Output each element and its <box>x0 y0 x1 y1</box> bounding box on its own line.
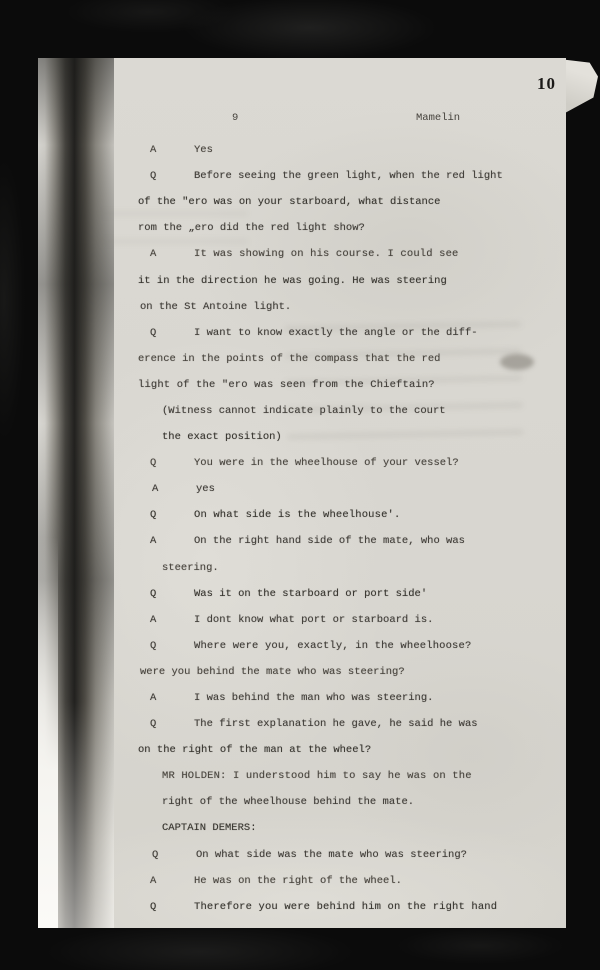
line-text: MR HOLDEN: I understood him to say he wa… <box>162 770 472 782</box>
qa-prefix: A <box>150 248 194 260</box>
qa-prefix: A <box>150 692 194 704</box>
transcript-line: CAPTAIN DEMERS: <box>38 815 566 841</box>
transcript-line: QBefore seeing the green light, when the… <box>38 163 566 189</box>
transcript-line: MR HOLDEN: I understood him to say he wa… <box>38 763 566 789</box>
page-header: 9 Mamelin <box>38 112 566 128</box>
qa-prefix: A <box>150 535 194 547</box>
line-text: were you behind the mate who was steerin… <box>140 666 405 678</box>
qa-prefix: Q <box>150 640 194 652</box>
transcript-line: QThe first explanation he gave, he said … <box>38 711 566 737</box>
line-text: CAPTAIN DEMERS: <box>162 822 257 834</box>
film-background: { "document": { "folio_number": "10", "h… <box>0 0 600 970</box>
qa-text: yes <box>196 483 215 495</box>
transcript-line: QYou were in the wheelhouse of your vess… <box>38 450 566 476</box>
line-text: on the right of the man at the wheel? <box>138 744 371 756</box>
transcript-line: the exact position) <box>38 424 566 450</box>
qa-text: I dont know what port or starboard is. <box>194 614 433 626</box>
qa-prefix: Q <box>152 849 196 861</box>
transcript-line: AI was behind the man who was steering. <box>38 685 566 711</box>
qa-text: You were in the wheelhouse of your vesse… <box>194 457 459 469</box>
qa-text: On what side was the mate who was steeri… <box>196 849 467 861</box>
line-text: it in the direction he was going. He was… <box>138 275 447 287</box>
transcript-line: AYes <box>38 137 566 163</box>
qa-text: Therefore you were behind him on the rig… <box>194 901 497 913</box>
transcript-line: QI want to know exactly the angle or the… <box>38 320 566 346</box>
transcript-line: right of the wheelhouse behind the mate. <box>38 789 566 815</box>
qa-prefix: Q <box>150 718 194 730</box>
line-text: steering. <box>162 562 219 574</box>
transcript-line: on the right of the man at the wheel? <box>38 737 566 763</box>
transcript-line: light of the "ero was seen from the Chie… <box>38 372 566 398</box>
line-text: (Witness cannot indicate plainly to the … <box>162 405 446 417</box>
qa-text: I want to know exactly the angle or the … <box>194 327 478 339</box>
qa-prefix: A <box>150 875 194 887</box>
document-page: 10 9 Mamelin AYesQBefore seeing the gree… <box>38 58 566 928</box>
line-text: of the "ero was on your starboard, what … <box>138 196 440 208</box>
qa-text: He was on the right of the wheel. <box>194 875 402 887</box>
transcript-line: Ayes <box>40 476 568 502</box>
transcript-line: QOn what side was the mate who was steer… <box>40 842 568 868</box>
qa-text: Before seeing the green light, when the … <box>194 170 503 182</box>
qa-prefix: Q <box>150 327 194 339</box>
transcript-line: (Witness cannot indicate plainly to the … <box>38 398 566 424</box>
transcript-line: erence in the points of the compass that… <box>38 346 566 372</box>
qa-prefix: A <box>150 614 194 626</box>
transcript-line: were you behind the mate who was steerin… <box>40 659 568 685</box>
transcript-line: rom the „ero did the red light show? <box>38 215 566 241</box>
header-witness-name: Mamelin <box>416 112 460 124</box>
qa-text: Yes <box>194 144 213 156</box>
transcript-line: QOn what side is the wheelhouse'. <box>38 502 566 528</box>
transcript-line: AOn the right hand side of the mate, who… <box>38 528 566 554</box>
qa-text: On the right hand side of the mate, who … <box>194 535 465 547</box>
qa-prefix: Q <box>150 588 194 600</box>
qa-text: I was behind the man who was steering. <box>194 692 433 704</box>
line-text: right of the wheelhouse behind the mate. <box>162 796 414 808</box>
qa-text: It was showing on his course. I could se… <box>194 248 459 260</box>
transcript-line: QWas it on the starboard or port side' <box>38 581 566 607</box>
transcript-line: AHe was on the right of the wheel. <box>38 868 566 894</box>
transcript: AYesQBefore seeing the green light, when… <box>38 137 566 920</box>
qa-text: Was it on the starboard or port side' <box>194 588 427 600</box>
line-text: the exact position) <box>162 431 282 443</box>
qa-prefix: Q <box>150 457 194 469</box>
qa-prefix: A <box>150 144 194 156</box>
qa-text: On what side is the wheelhouse'. <box>194 509 400 521</box>
qa-prefix: A <box>152 483 196 495</box>
transcript-line: AI dont know what port or starboard is. <box>38 607 566 633</box>
qa-prefix: Q <box>150 509 194 521</box>
line-text: light of the "ero was seen from the Chie… <box>138 379 435 391</box>
transcript-line: on the St Antoine light. <box>40 294 568 320</box>
line-text: erence in the points of the compass that… <box>138 353 440 365</box>
qa-prefix: Q <box>150 901 194 913</box>
transcript-line: QTherefore you were behind him on the ri… <box>38 894 566 920</box>
qa-text: Where were you, exactly, in the wheelhoo… <box>194 640 471 652</box>
transcript-line: steering. <box>38 555 566 581</box>
qa-prefix: Q <box>150 170 194 182</box>
transcript-line: AIt was showing on his course. I could s… <box>38 241 566 267</box>
header-page-number: 9 <box>232 112 238 124</box>
transcript-line: it in the direction he was going. He was… <box>38 267 566 293</box>
folio-number: 10 <box>537 74 556 94</box>
transcript-line: QWhere were you, exactly, in the wheelho… <box>38 633 566 659</box>
line-text: rom the „ero did the red light show? <box>138 222 365 234</box>
line-text: on the St Antoine light. <box>140 301 291 313</box>
qa-text: The first explanation he gave, he said h… <box>194 718 478 730</box>
transcript-line: of the "ero was on your starboard, what … <box>38 189 566 215</box>
